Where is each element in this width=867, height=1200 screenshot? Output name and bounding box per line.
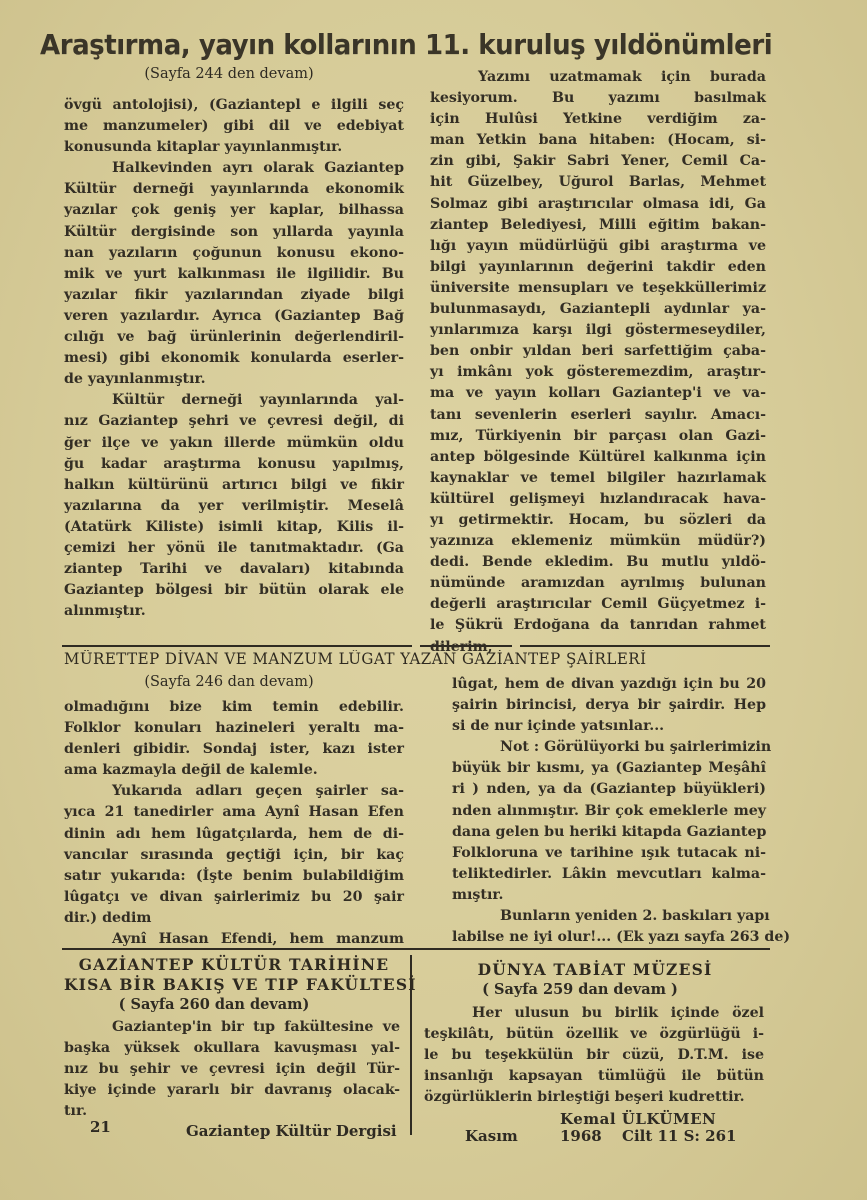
text-line: Aynî Hasan Efendi, hem manzum <box>64 929 404 950</box>
text-line: üniversite mensupları ve teşekküllerimiz <box>430 278 766 299</box>
text-line: mız, Türkiyenin bir parçası olan Gazi- <box>430 426 766 447</box>
text-line: nan yazıların çoğunun konusu ekono- <box>64 243 404 264</box>
text-line: labilse ne iyi olur!... (Ek yazı sayfa 2… <box>452 927 766 948</box>
text-line: şairin birincisi, derya bir şairdir. Hep <box>452 695 766 716</box>
divider-rule <box>420 645 512 647</box>
magazine-page: Araştırma, yayın kollarının 11. kuruluş … <box>0 0 867 1200</box>
text-line: değerli araştırıcılar Cemil Güçyetmez i- <box>430 594 766 615</box>
article4-continued-note: ( Sayfa 259 dan devam ) <box>430 981 730 998</box>
text-line: yıca 21 tanedirler ama Aynî Hasan Efen <box>64 802 404 823</box>
text-line: nız bu şehir ve çevresi için değil Tür- <box>64 1059 400 1080</box>
text-line: le bu teşekkülün bir cüzü, D.T.M. ise <box>424 1045 764 1066</box>
text-line: büyük bir kısmı, ya (Gaziantep Meşâhî <box>452 758 766 779</box>
text-line: antep bölgesinde Kültürel kalkınma için <box>430 447 766 468</box>
article3-body: Gaziantep'in bir tıp fakültesine vebaşka… <box>64 1017 400 1122</box>
text-line: çemizi her yönü ile tanıtmaktadır. (Ga <box>64 538 404 559</box>
text-line: kültürel gelişmeyi hızlandıracak hava- <box>430 489 766 510</box>
text-line: de yayınlanmıştır. <box>64 369 404 390</box>
text-line: ma ve yayın kolları Gaziantep'i ve va- <box>430 383 766 404</box>
text-line: ğu kadar araştırma konusu yapılmış, <box>64 454 404 475</box>
text-line: bilgi yayınlarının değerini takdir eden <box>430 257 766 278</box>
text-line: zin gibi, Şakir Sabri Yener, Cemil Ca- <box>430 151 766 172</box>
text-line: yazınıza eklemeniz mümkün müdür?) <box>430 531 766 552</box>
text-line: Kültür dergisinde son yıllarda yayınla <box>64 222 404 243</box>
text-line: dana gelen bu heriki kitapda Gaziantep <box>452 822 766 843</box>
text-line: mesi) gibi ekonomik konularda eserler- <box>64 348 404 369</box>
divider-rule <box>62 948 770 950</box>
article2-continued-note: (Sayfa 246 dan devam) <box>64 674 394 690</box>
article1-continued-note: (Sayfa 244 den devam) <box>64 66 394 82</box>
text-line: ama kazmayla değil de kalemle. <box>64 760 404 781</box>
text-line: mıştır. <box>452 885 766 906</box>
text-line: bulunmasaydı, Gaziantepli aydınlar ya- <box>430 299 766 320</box>
article4-author: Kemal ÜLKÜMEN <box>560 1110 716 1128</box>
text-line: övgü antolojisi), (Gaziantepl e ilgili s… <box>64 95 404 116</box>
text-line: cılığı ve bağ ürünlerinin değerlendiril- <box>64 327 404 348</box>
text-line: dinin adı hem lûgatçılarda, hem de di- <box>64 824 404 845</box>
article2-title: MÜRETTEP DİVAN VE MANZUM LÛGAT YAZAN GAZ… <box>64 650 743 668</box>
text-line: denleri gibidir. Sondaj ister, kazı iste… <box>64 739 404 760</box>
text-line: mik ve yurt kalkınması ile ilgilidir. Bu <box>64 264 404 285</box>
text-line: konusunda kitaplar yayınlanmıştır. <box>64 137 404 158</box>
text-line: başka yüksek okullara kavuşması yal- <box>64 1038 400 1059</box>
text-line: Yazımı uzatmamak için burada <box>430 67 766 88</box>
text-line: özgürlüklerin birleştiği beşeri kudretti… <box>424 1087 764 1108</box>
text-line: Halkevinden ayrı olarak Gaziantep <box>64 158 404 179</box>
text-line: kaynaklar ve temel bilgiler hazırlamak <box>430 468 766 489</box>
divider-rule <box>520 645 770 647</box>
article4-body: Her ulusun bu birlik içinde özelteşkilât… <box>424 1003 764 1108</box>
text-line: lûgat, hem de divan yazdığı için bu 20 <box>452 674 766 695</box>
text-line: tır. <box>64 1101 400 1122</box>
text-line: yı imkânı yok gösteremezdim, araştır- <box>430 362 766 383</box>
text-line: için Hulûsi Yetkine verdiğim za- <box>430 109 766 130</box>
text-line: yazılar fikir yazılarından ziyade bilgi <box>64 285 404 306</box>
text-line: kiye içinde yararlı bir davranış olacak- <box>64 1080 400 1101</box>
text-line: Bunların yeniden 2. baskıları yapı <box>452 906 766 927</box>
page-number: 21 <box>90 1118 111 1136</box>
text-line: Gaziantep bölgesi bir bütün olarak ele <box>64 580 404 601</box>
text-line: ziantep Belediyesi, Milli eğitim bakan- <box>430 215 766 236</box>
text-line: Yukarıda adları geçen şairler sa- <box>64 781 404 802</box>
article2-right-column: lûgat, hem de divan yazdığı için bu 20şa… <box>452 674 766 948</box>
article3-continued-note: ( Sayfa 260 dan devam) <box>64 996 364 1013</box>
issue-year: 1968 <box>560 1127 602 1145</box>
journal-name: Gaziantep Kültür Dergisi <box>186 1122 397 1140</box>
text-line: nümünde aramızdan ayrılmış bulunan <box>430 573 766 594</box>
text-line: alınmıştır. <box>64 601 404 622</box>
text-line: veren yazılardır. Ayrıca (Gaziantep Bağ <box>64 306 404 327</box>
text-line: teliktedirler. Lâkin mevcutları kalma- <box>452 864 766 885</box>
text-line: halkın kültürünü artırıcı bilgi ve fikir <box>64 475 404 496</box>
article2-left-column: olmadığını bize kim temin edebilir.Folkl… <box>64 697 404 950</box>
text-line: tanı sevenlerin eserleri sayılır. Amacı- <box>430 405 766 426</box>
text-line: ri ) nden, ya da (Gaziantep büyükleri) <box>452 779 766 800</box>
article4-title: DÜNYA TABİAT MÜZESİ <box>430 960 760 979</box>
page-title: Araştırma, yayın kollarının 11. kuruluş … <box>40 28 747 61</box>
text-line: man Yetkin bana hitaben: (Hocam, si- <box>430 130 766 151</box>
divider-rule <box>62 645 412 647</box>
text-line: teşkilâtı, bütün özellik ve özgürlüğü i- <box>424 1024 764 1045</box>
text-line: ğer ilçe ve yakın illerde mümkün oldu <box>64 433 404 454</box>
text-line: dedi. Bende ekledim. Bu mutlu yıldö- <box>430 552 766 573</box>
text-line: Solmaz gibi araştırıcılar olmasa idi, Ga <box>430 194 766 215</box>
article3-title-line1: GAZİANTEP KÜLTÜR TARİHİNE <box>64 955 404 974</box>
text-line: yınlarımıza karşı ilgi göstermeseydiler, <box>430 320 766 341</box>
text-line: si de nur içinde yatsınlar... <box>452 716 766 737</box>
text-line: lûgatçı ve divan şairlerimiz bu 20 şair <box>64 887 404 908</box>
text-line: dir.) dedim <box>64 908 404 929</box>
text-line: kesiyorum. Bu yazımı basılmak <box>430 88 766 109</box>
text-line: Folklor konuları hazineleri yeraltı ma- <box>64 718 404 739</box>
article3-title-line2: KISA BİR BAKIŞ VE TIP FAKÜLTESİ <box>64 975 404 994</box>
text-line: yı getirmektir. Hocam, bu sözleri da <box>430 510 766 531</box>
text-line: nız Gaziantep şehri ve çevresi değil, di <box>64 411 404 432</box>
text-line: Not : Görülüyorki bu şairlerimizin <box>452 737 766 758</box>
article1-left-column: övgü antolojisi), (Gaziantepl e ilgili s… <box>64 95 404 622</box>
text-line: (Atatürk Kiliste) isimli kitap, Kilis il… <box>64 517 404 538</box>
article1-right-column: Yazımı uzatmamak için buradakesiyorum. B… <box>430 67 766 658</box>
text-line: olmadığını bize kim temin edebilir. <box>64 697 404 718</box>
text-line: yazılar çok geniş yer kaplar, bilhassa <box>64 200 404 221</box>
text-line: me manzumeler) gibi dil ve edebiyat <box>64 116 404 137</box>
text-line: Kültür derneği yayınlarında ekonomik <box>64 179 404 200</box>
text-line: Her ulusun bu birlik içinde özel <box>424 1003 764 1024</box>
text-line: satır yukarıda: (İşte benim bulabildiğim <box>64 866 404 887</box>
text-line: insanlığı kapsayan tümlüğü ile bütün <box>424 1066 764 1087</box>
text-line: Kültür derneği yayınlarında yal- <box>64 390 404 411</box>
issue-month: Kasım <box>465 1127 518 1145</box>
text-line: lığı yayın müdürlüğü gibi araştırma ve <box>430 236 766 257</box>
text-line: nden alınmıştır. Bir çok emeklerle mey <box>452 801 766 822</box>
text-line: ben onbir yıldan beri sarfettiğim çaba- <box>430 341 766 362</box>
text-line: le Şükrü Erdoğana da tanrıdan rahmet <box>430 615 766 636</box>
text-line: Gaziantep'in bir tıp fakültesine ve <box>64 1017 400 1038</box>
text-line: Folkloruna ve tarihine ışık tutacak ni- <box>452 843 766 864</box>
text-line: vancılar sırasında geçtiği için, bir kaç <box>64 845 404 866</box>
text-line: yazılarına da yer verilmiştir. Meselâ <box>64 496 404 517</box>
issue-volume: Cilt 11 S: 261 <box>622 1127 737 1145</box>
text-line: ziantep Tarihi ve davaları) kitabında <box>64 559 404 580</box>
text-line: hit Güzelbey, Uğurol Barlas, Mehmet <box>430 172 766 193</box>
